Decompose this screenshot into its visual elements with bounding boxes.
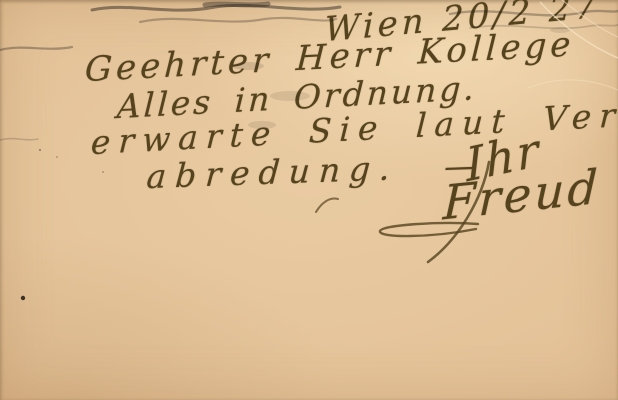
postcard: Wien 20/2 27 Geehrter Herr Kollege Alles… xyxy=(0,0,618,400)
ink-specks xyxy=(21,149,104,300)
postcard-scan: Wien 20/2 27 Geehrter Herr Kollege Alles… xyxy=(0,0,618,400)
